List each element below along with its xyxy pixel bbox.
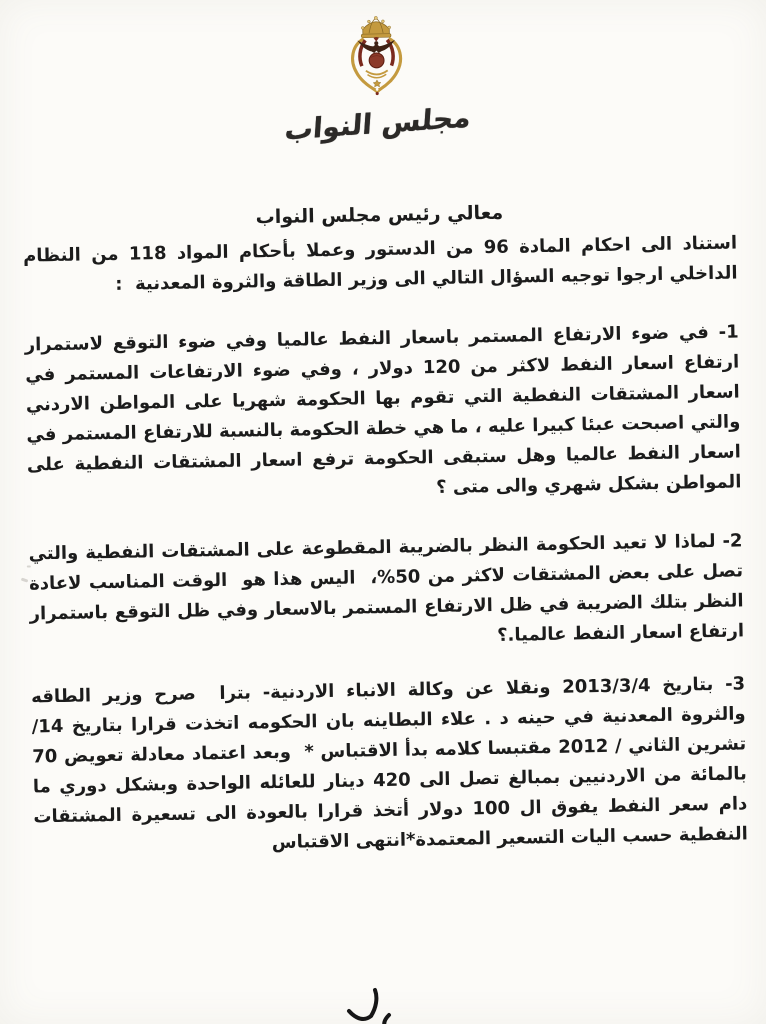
salutation-line: معالي رئيس مجلس النواب	[22, 197, 736, 232]
question-item-2: 2- لماذا لا تعيد الحكومة النظر بالضريبة …	[28, 526, 744, 659]
constitutional-basis-paragraph: استناد الى احكام المادة 96 من الدستور وع…	[23, 228, 738, 301]
handwritten-signature-stroke	[305, 984, 435, 1024]
scanned-letter-page: مجلس النواب معالي رئيس مجلس النواب استنا…	[0, 0, 766, 1024]
letter-content: مجلس النواب معالي رئيس مجلس النواب استنا…	[0, 0, 766, 1024]
scan-artifact	[27, 565, 31, 567]
question-item-1: 1- في ضوء الارتفاع المستمر باسعار النفط …	[24, 317, 741, 510]
letter-body: معالي رئيس مجلس النواب استناد الى احكام …	[0, 197, 766, 863]
question-item-3: 3- بتاريخ 2013/3/4 ونقلا عن وكالة الانبا…	[31, 669, 748, 862]
jordan-coat-of-arms-icon	[337, 12, 417, 103]
